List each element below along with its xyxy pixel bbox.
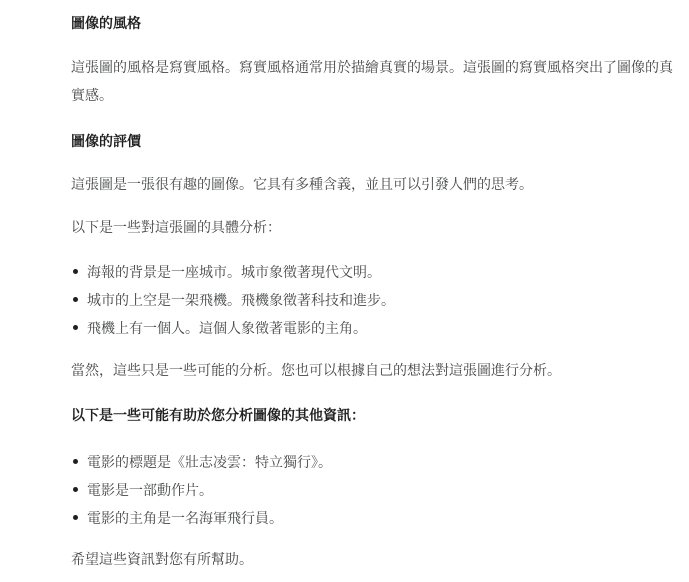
info-list-item: 電影的主角是一名海軍飛行員。 xyxy=(71,508,283,528)
bullet-icon xyxy=(73,487,78,492)
analysis-note: 當然，這些只是一些可能的分析。您也可以根據自己的想法對這張圖進行分析。 xyxy=(71,357,561,385)
bullet-icon xyxy=(73,325,78,330)
info-list-item: 電影是一部動作片。 xyxy=(71,480,213,500)
style-heading: 圖像的風格 xyxy=(71,13,141,33)
info-list-item: 電影的標題是《壯志凌雲：特立獨行》。 xyxy=(71,452,332,472)
info-heading: 以下是一些可能有助於您分析圖像的其他資訊： xyxy=(71,405,365,425)
closing-text: 希望這些資訊對您有所幫助。 xyxy=(71,546,253,574)
analysis-list-item: 城市的上空是一架飛機。飛機象徵著科技和進步。 xyxy=(71,290,395,310)
bullet-icon xyxy=(73,269,78,274)
evaluation-paragraph: 這張圖是一張很有趣的圖像。它具有多種含義，並且可以引發人們的思考。 xyxy=(71,171,533,199)
bullet-icon xyxy=(73,459,78,464)
evaluation-heading: 圖像的評價 xyxy=(71,131,141,151)
bullet-icon xyxy=(73,515,78,520)
bullet-icon xyxy=(73,297,78,302)
style-paragraph: 這張圖的風格是寫實風格。寫實風格通常用於描繪真實的場景。這張圖的寫實風格突出了圖… xyxy=(71,54,683,110)
analysis-list-item: 飛機上有一個人。這個人象徵著電影的主角。 xyxy=(71,318,367,338)
analysis-list-item: 海報的背景是一座城市。城市象徵著現代文明。 xyxy=(71,262,381,282)
analysis-intro: 以下是一些對這張圖的具體分析： xyxy=(71,214,281,242)
